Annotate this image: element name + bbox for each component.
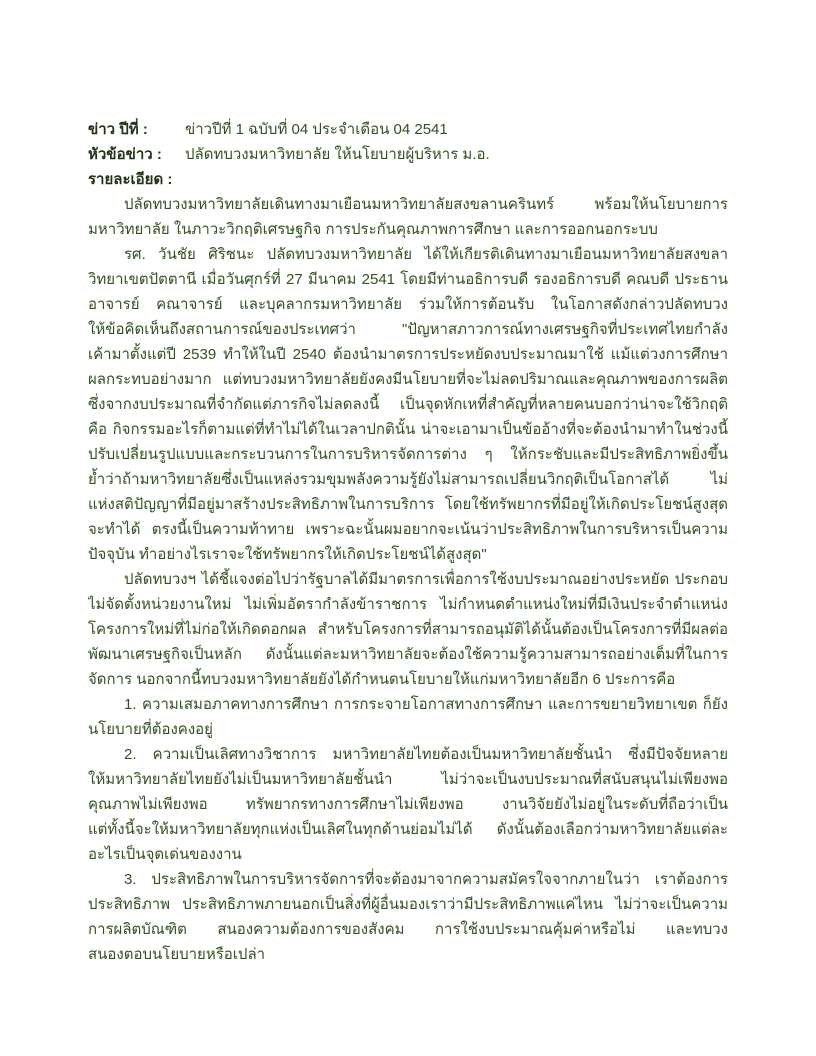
document-body: ปลัดทบวงมหาวิทยาลัยเดินทางมาเยือนมหาวิทย…: [88, 192, 728, 967]
news-year-row: ข่าว ปีที่ : ข่าวปีที่ 1 ฉบับที่ 04 ประจ…: [88, 117, 728, 142]
news-year-value: ข่าวปีที่ 1 ฉบับที่ 04 ประจำเดือน 04 254…: [185, 117, 448, 142]
text-line: แห่งสติปัญญาที่มีอยู่มาสร้างประสิทธิภาพใ…: [88, 492, 728, 517]
paragraph: 2. ความเป็นเลิศทางวิชาการ มหาวิทยาลัยไทย…: [88, 742, 728, 867]
text-line: วิทยาเขตปัตตานี เมื่อวันศุกร์ที่ 27 มีนา…: [88, 267, 728, 292]
text-line: สนองตอบนโยบายหรือเปล่า: [88, 942, 728, 967]
text-line: ให้ข้อคิดเห็นถึงสถานการณ์ของประเทศว่า "ป…: [88, 317, 728, 342]
details-row: รายละเอียด :: [88, 167, 728, 192]
text-line: นโยบายที่ต้องคงอยู่: [88, 717, 728, 742]
text-line: ผลกระทบอย่างมาก แต่ทบวงมหาวิทยาลัยยังคงม…: [88, 367, 728, 392]
text-line: คุณภาพไม่เพียงพอ ทรัพยากรทางการศึกษาไม่เ…: [88, 792, 728, 817]
text-line: 1. ความเสมอภาคทางการศึกษา การกระจายโอกาส…: [88, 692, 728, 717]
paragraph: ปลัดทบวงมหาวิทยาลัยเดินทางมาเยือนมหาวิทย…: [88, 192, 728, 242]
news-year-label: ข่าว ปีที่ :: [88, 117, 185, 142]
text-line: ประสิทธิภาพ ประสิทธิภาพภายนอกเป็นสิ่งที่…: [88, 892, 728, 917]
text-line: อะไรเป็นจุดเด่นของงาน: [88, 842, 728, 867]
text-line: ซึ่งจากงบประมาณที่จำกัดแต่ภารกิจไม่ลดลงน…: [88, 392, 728, 417]
paragraph: 3. ประสิทธิภาพในการบริหารจัดการที่จะต้อง…: [88, 867, 728, 967]
paragraph: 1. ความเสมอภาคทางการศึกษา การกระจายโอกาส…: [88, 692, 728, 742]
text-line: 3. ประสิทธิภาพในการบริหารจัดการที่จะต้อง…: [88, 867, 728, 892]
text-line: เค้ามาตั้งแต่ปี 2539 ทำให้ในปี 2540 ต้อง…: [88, 342, 728, 367]
text-line: มหาวิทยาลัย ในภาวะวิกฤติเศรษฐกิจ การประก…: [88, 217, 728, 242]
text-line: ปลัดทบวงมหาวิทยาลัยเดินทางมาเยือนมหาวิทย…: [88, 192, 728, 217]
details-label: รายละเอียด :: [88, 167, 185, 192]
news-title-value: ปลัดทบวงมหาวิทยาลัย ให้นโยบายผู้บริหาร ม…: [185, 142, 490, 167]
text-line: จัดการ นอกจากนี้ทบวงมหาวิทยาลัยยังได้กำห…: [88, 667, 728, 692]
text-line: ไม่จัดตั้งหน่วยงานใหม่ ไม่เพิ่มอัตรากำลั…: [88, 592, 728, 617]
text-line: คือ กิจกรรมอะไรก็ตามแต่ที่ทำไม่ได้ในเวลา…: [88, 417, 728, 442]
text-line: โครงการใหม่ที่ไม่ก่อให้เกิดดอกผล สำหรับโ…: [88, 617, 728, 642]
text-line: จะทำได้ ตรงนี้เป็นความท้าทาย เพราะฉะนั้น…: [88, 517, 728, 542]
text-line: รศ. วันชัย ศิริชนะ ปลัดทบวงมหาวิทยาลัย ไ…: [88, 242, 728, 267]
text-line: อาจารย์ คณาจารย์ และบุคลากรมหาวิทยาลัย ร…: [88, 292, 728, 317]
text-line: ปัจจุบัน ทำอย่างไรเราจะใช้ทรัพยากรให้เกิ…: [88, 542, 728, 567]
text-line: ปรับเปลี่ยนรูปแบบและกระบวนการในการบริหาร…: [88, 442, 728, 467]
document-page: ข่าว ปีที่ : ข่าวปีที่ 1 ฉบับที่ 04 ประจ…: [0, 0, 816, 1056]
text-line: ย้ำว่าถ้ามหาวิทยาลัยซึ่งเป็นแหล่งรวมขุมพ…: [88, 467, 728, 492]
news-title-label: หัวข้อข่าว :: [88, 142, 185, 167]
text-line: 2. ความเป็นเลิศทางวิชาการ มหาวิทยาลัยไทย…: [88, 742, 728, 767]
news-title-row: หัวข้อข่าว : ปลัดทบวงมหาวิทยาลัย ให้นโยบ…: [88, 142, 728, 167]
paragraph: รศ. วันชัย ศิริชนะ ปลัดทบวงมหาวิทยาลัย ไ…: [88, 242, 728, 567]
text-line: ปลัดทบวงฯ ได้ชี้แจงต่อไปว่ารัฐบาลได้มีมา…: [88, 567, 728, 592]
text-line: พัฒนาเศรษฐกิจเป็นหลัก ดังนั้นแต่ละมหาวิท…: [88, 642, 728, 667]
document-content: ข่าว ปีที่ : ข่าวปีที่ 1 ฉบับที่ 04 ประจ…: [0, 0, 816, 967]
paragraph: ปลัดทบวงฯ ได้ชี้แจงต่อไปว่ารัฐบาลได้มีมา…: [88, 567, 728, 692]
text-line: การผลิตบัณฑิต สนองความต้องการของสังคม กา…: [88, 917, 728, 942]
text-line: ให้มหาวิทยาลัยไทยยังไม่เป็นมหาวิทยาลัยชั…: [88, 767, 728, 792]
text-line: แต่ทั้งนี้จะให้มหาวิทยาลัยทุกแห่งเป็นเลิ…: [88, 817, 728, 842]
